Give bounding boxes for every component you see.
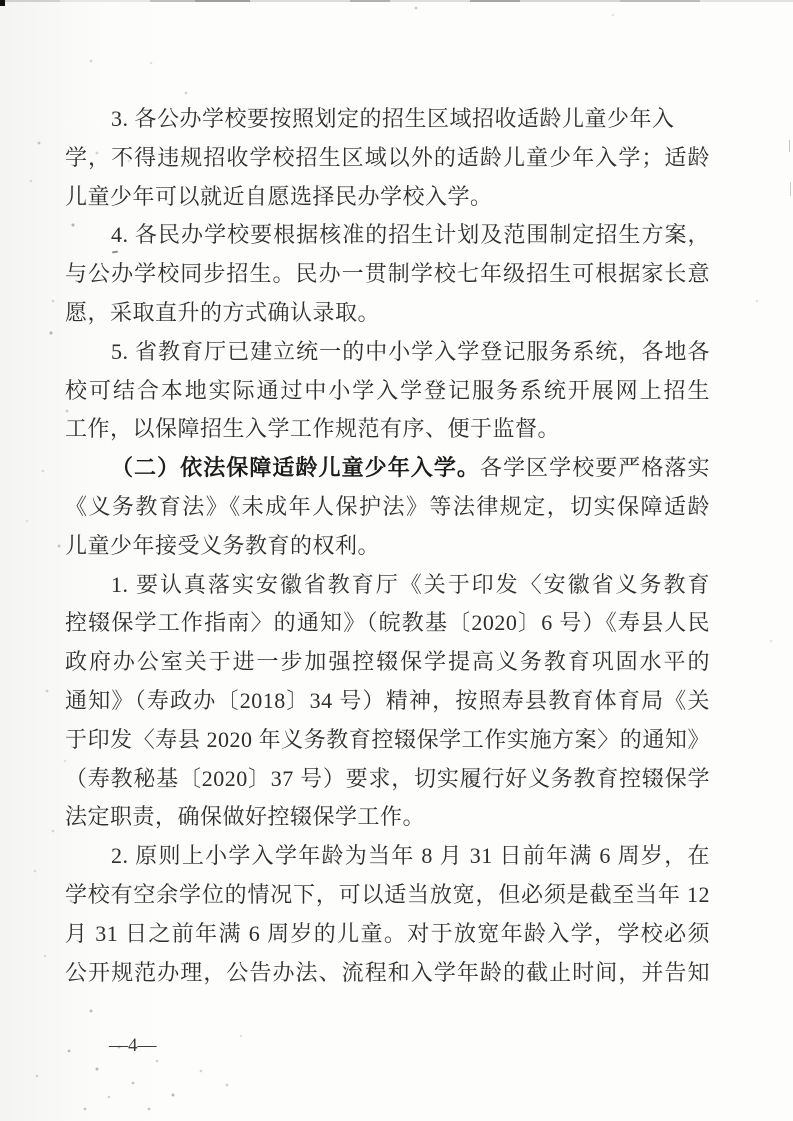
text-line: 4. 各民办学校要根据核准的招生计划及范围制定招生方案，	[65, 216, 710, 255]
body-text: 儿童少年可以就近自愿选择民办学校入学。	[65, 184, 493, 209]
text-line: （寿教秘基〔2020〕37 号）要求，切实履行好义务教育控辍保学	[65, 760, 710, 799]
text-line: 控辍保学工作指南〉的通知》（皖教基〔2020〕6 号）《寿县人民	[65, 604, 710, 643]
section-heading-text: （二）依法保障适龄儿童少年入学。	[111, 455, 480, 480]
text-line: 学校有空余学位的情况下，可以适当放宽，但必须是截至当年 12	[65, 876, 710, 915]
text-line: 《义务教育法》《未成年人保护法》等法律规定，切实保障适龄	[65, 488, 710, 527]
text-line: 公开规范办理，公告办法、流程和入学年龄的截止时间，并告知	[65, 954, 710, 993]
body-text: 愿，采取直升的方式确认录取。	[65, 300, 380, 325]
body-text: 于印发〈寿县 2020 年义务教育控辍保学工作实施方案〉的通知》	[65, 727, 710, 752]
text-line: （二）依法保障适龄儿童少年入学。各学区学校要严格落实	[65, 449, 710, 488]
text-line: 工作，以保障招生入学工作规范有序、便于监督。	[65, 410, 710, 449]
text-line: 儿童少年可以就近自愿选择民办学校入学。	[65, 178, 710, 217]
body-text: 各学区学校要严格落实	[480, 455, 710, 480]
body-text: （寿教秘基〔2020〕37 号）要求，切实履行好义务教育控辍保学	[65, 766, 710, 791]
scan-edge-artifact-right	[789, 140, 790, 152]
text-line: 儿童少年接受义务教育的权利。	[65, 527, 710, 566]
body-text: 4. 各民办学校要根据核准的招生计划及范围制定招生方案，	[111, 222, 710, 247]
body-text: 1. 要认真落实安徽省教育厅《关于印发〈安徽省义务教育	[111, 572, 710, 597]
scan-edge-artifact-top	[0, 0, 793, 2]
text-line: 愿，采取直升的方式确认录取。	[65, 294, 710, 333]
text-line: 月 31 日之前年满 6 周岁的儿童。对于放宽年龄入学，学校必须	[65, 915, 710, 954]
body-text: 学，不得违规招收学校招生区域以外的适龄儿童少年入学；适龄	[65, 145, 710, 170]
body-text: 工作，以保障招生入学工作规范有序、便于监督。	[65, 416, 560, 441]
body-text: 公开规范办理，公告办法、流程和入学年龄的截止时间，并告知	[65, 960, 710, 985]
body-text: 与公办学校同步招生。民办一贯制学校七年级招生可根据家长意	[65, 261, 710, 286]
text-line: 2. 原则上小学入学年龄为当年 8 月 31 日前年满 6 周岁，在	[65, 837, 710, 876]
scanned-document-page: 3. 各公办学校要按照划定的招生区域招收适龄儿童少年入学，不得违规招收学校招生区…	[0, 0, 793, 1121]
text-line: 1. 要认真落实安徽省教育厅《关于印发〈安徽省义务教育	[65, 566, 710, 605]
body-text: 学校有空余学位的情况下，可以适当放宽，但必须是截至当年 12	[65, 882, 710, 907]
text-line: 政府办公室关于进一步加强控辍保学提高义务教育巩固水平的	[65, 643, 710, 682]
document-body: 3. 各公办学校要按照划定的招生区域招收适龄儿童少年入学，不得违规招收学校招生区…	[65, 100, 710, 992]
body-text: 法定职责，确保做好控辍保学工作。	[65, 804, 425, 829]
scan-noise-speckles	[0, 0, 2, 2]
text-line: 与公办学校同步招生。民办一贯制学校七年级招生可根据家长意	[65, 255, 710, 294]
body-text: 控辍保学工作指南〉的通知》（皖教基〔2020〕6 号）《寿县人民	[65, 610, 710, 635]
scan-edge-artifact-right	[790, 182, 791, 196]
body-text: 儿童少年接受义务教育的权利。	[65, 533, 380, 558]
text-line: 于印发〈寿县 2020 年义务教育控辍保学工作实施方案〉的通知》	[65, 721, 710, 760]
body-text: 3. 各公办学校要按照划定的招生区域招收适龄儿童少年入	[111, 106, 675, 131]
page-number: —4—	[109, 1034, 157, 1058]
body-text: 通知》（寿政办〔2018〕34 号）精神，按照寿县教育体育局《关	[65, 688, 710, 713]
text-line: 通知》（寿政办〔2018〕34 号）精神，按照寿县教育体育局《关	[65, 682, 710, 721]
scan-edge-artifact-bottom	[18, 1071, 395, 1073]
body-text: 5. 省教育厅已建立统一的中小学入学登记服务系统，各地各	[111, 339, 710, 364]
text-line: 学，不得违规招收学校招生区域以外的适龄儿童少年入学；适龄	[65, 139, 710, 178]
text-line: 5. 省教育厅已建立统一的中小学入学登记服务系统，各地各	[65, 333, 710, 372]
text-line: 3. 各公办学校要按照划定的招生区域招收适龄儿童少年入	[65, 100, 710, 139]
text-line: 法定职责，确保做好控辍保学工作。	[65, 798, 710, 837]
body-text: 《义务教育法》《未成年人保护法》等法律规定，切实保障适龄	[65, 494, 710, 519]
text-line: 校可结合本地实际通过中小学入学登记服务系统开展网上招生	[65, 372, 710, 411]
body-text: 月 31 日之前年满 6 周岁的儿童。对于放宽年龄入学，学校必须	[65, 921, 710, 946]
body-text: 2. 原则上小学入学年龄为当年 8 月 31 日前年满 6 周岁，在	[111, 843, 710, 868]
body-text: 政府办公室关于进一步加强控辍保学提高义务教育巩固水平的	[65, 649, 710, 674]
body-text: 校可结合本地实际通过中小学入学登记服务系统开展网上招生	[65, 378, 710, 403]
